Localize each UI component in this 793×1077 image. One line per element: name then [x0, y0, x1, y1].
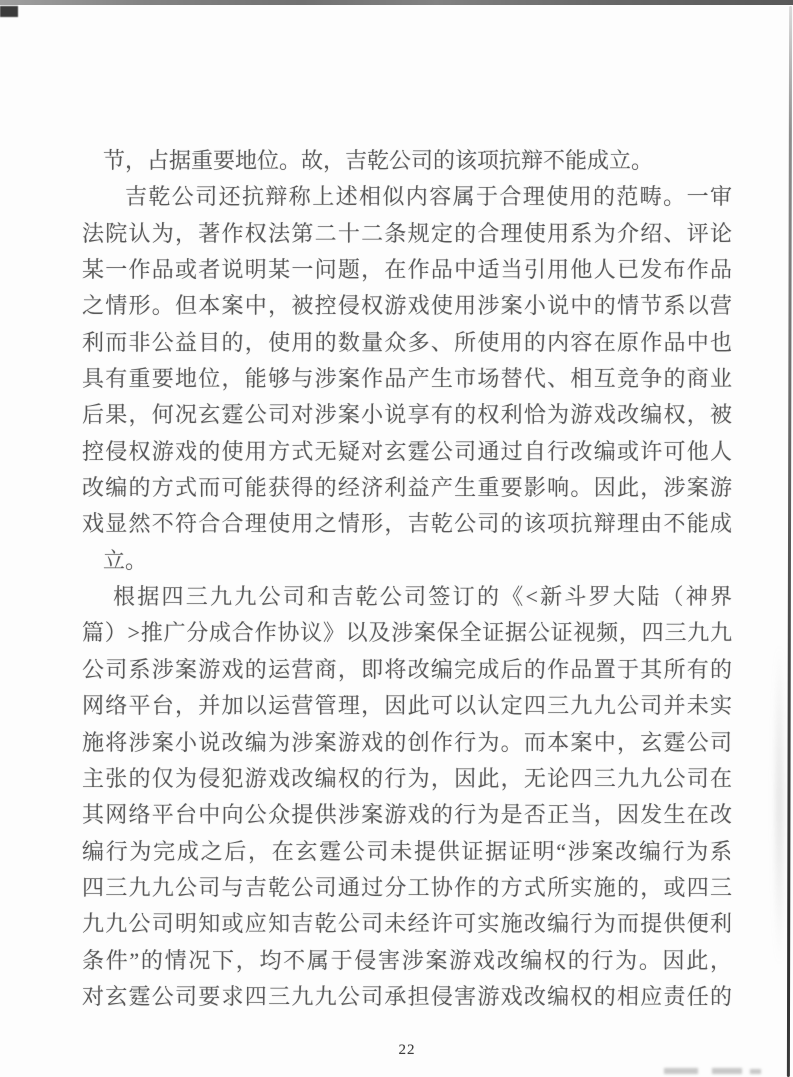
text-line: 某一作品或者说明某一问题，在作品中适当引用他人已发布作品 [82, 252, 732, 288]
text-line: 戏显然不符合合理使用之情形，吉乾公司的该项抗辩理由不能成 [82, 506, 732, 542]
text-line: 利而非公益目的，使用的数量众多、所使用的内容在原作品中也 [82, 325, 732, 361]
text-line: 网络平台，并加以运营管理，因此可以认定四三九九公司并未实 [82, 688, 732, 724]
scan-artifact-top-left-mark [0, 6, 18, 17]
page-footer: 22 [82, 1041, 732, 1059]
scan-artifact-top-edge [0, 0, 793, 5]
document-page: 节，占据重要地位。故，吉乾公司的该项抗辩不能成立。 吉乾公司还抗辩称上述相似内容… [0, 0, 793, 1077]
scan-artifact-bottom-right-smudge [712, 1068, 742, 1074]
text-line: 公司系涉案游戏的运营商，即将改编完成后的作品置于其所有的 [82, 652, 732, 688]
scan-artifact-bottom-right-smudge [664, 1068, 698, 1074]
text-line: 改编的方式而可能获得的经济利益产生重要影响。因此，涉案游 [82, 470, 732, 506]
text-line: 之情形。但本案中，被控侵权游戏使用涉案小说中的情节系以营 [82, 288, 732, 324]
text-line: 主张的仅为侵犯游戏改编权的行为，因此，无论四三九九公司在 [82, 761, 732, 797]
text-line: 四三九九公司与吉乾公司通过分工协作的方式所实施的，或四三 [82, 870, 732, 906]
text-line: 节，占据重要地位。故，吉乾公司的该项抗辩不能成立。 [82, 143, 732, 179]
text-line: 篇）>推广分成合作协议》以及涉案保全证据公证视频，四三九九 [82, 615, 732, 651]
text-line: 编行为完成之后，在玄霆公司未提供证据证明“涉案改编行为系 [82, 834, 732, 870]
text-line: 吉乾公司还抗辩称上述相似内容属于合理使用的范畴。一审 [82, 179, 732, 215]
scan-artifact-bottom-right-smudge [750, 1069, 761, 1074]
text-line: 条件”的情况下，均不属于侵害涉案游戏改编权的行为。因此， [82, 943, 732, 979]
text-line: 九九公司明知或应知吉乾公司未经许可实施改编行为而提供便利 [82, 906, 732, 942]
text-line: 立。 [82, 543, 732, 579]
text-line: 根据四三九九公司和吉乾公司签订的《<新斗罗大陆（神界 [82, 579, 732, 615]
scan-artifact-right-smudge [773, 640, 786, 970]
text-line: 控侵权游戏的使用方式无疑对玄霆公司通过自行改编或许可他人 [82, 434, 732, 470]
text-line: 施将涉案小说改编为涉案游戏的创作行为。而本案中，玄霆公司 [82, 725, 732, 761]
text-line: 其网络平台中向公众提供涉案游戏的行为是否正当，因发生在改 [82, 797, 732, 833]
text-line: 对玄霆公司要求四三九九公司承担侵害游戏改编权的相应责任的 [82, 979, 732, 1015]
scan-artifact-right-edge-line [786, 6, 791, 1077]
page-number: 22 [399, 1042, 416, 1058]
text-line: 后果，何况玄霆公司对涉案小说享有的权利恰为游戏改编权，被 [82, 397, 732, 433]
text-line: 具有重要地位，能够与涉案作品产生市场替代、相互竞争的商业 [82, 361, 732, 397]
text-line: 法院认为，著作权法第二十二条规定的合理使用系为介绍、评论 [82, 216, 732, 252]
body-text: 节，占据重要地位。故，吉乾公司的该项抗辩不能成立。 吉乾公司还抗辩称上述相似内容… [82, 143, 732, 1015]
